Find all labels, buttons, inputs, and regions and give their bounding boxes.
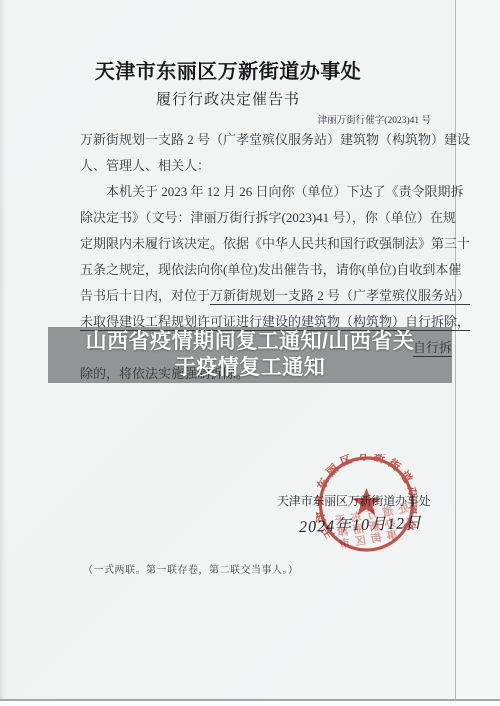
red-star-icon [352,488,381,515]
watermark-overlay: 山西省疫情期间复工通知/山西省关 于疫情复工通知 [48,327,452,383]
document-title: 履行行政决定催告书 [0,88,456,109]
body-line: 五条之规定，现依法向你(单位)发出催告书，请你(单位)自收到本催 [80,257,452,283]
scan-right-edge [455,0,500,699]
official-red-seal-icon: 天津市东丽区万新街道办事处 [316,454,417,556]
body-line: 本机关于 2023 年 12 月 26 日向你（单位）下达了《责令限期拆 [80,179,452,205]
body-line: 万新街规划一支路 2 号（广孝堂殡仪服务站）建筑物（构筑物）建设 [80,127,452,153]
body-line: 定期限内未履行该决定。依据《中华人民共和国行政强制法》第三十 [80,231,452,257]
issuing-org-title: 天津市东丽区万新街道办事处 [0,55,456,84]
body-line: 人、管理人、相关人： [80,153,452,179]
scanned-document-page: 天津市东丽区万新街道办事处 履行行政决定催告书 津丽万街行催字(2023)41 … [0,0,500,706]
watermark-line-2: 于疫情复工通知 [175,355,326,381]
scan-bottom-edge [0,699,500,706]
body-line: 告书后十日内，对位于万新街规划一支路 2 号（广孝堂殡仪服务站） [80,283,452,309]
body-line: 除决定书》（文号：津丽万街行拆字(2023)41 号），你（单位）在规 [80,205,452,231]
watermark-line-1: 山西省疫情期间复工通知/山西省关 [86,329,415,355]
document-number: 津丽万街行催字(2023)41 号 [318,112,431,126]
footer-copy-note: （一式两联。第一联存卷，第二联交当事人。） [83,561,299,576]
